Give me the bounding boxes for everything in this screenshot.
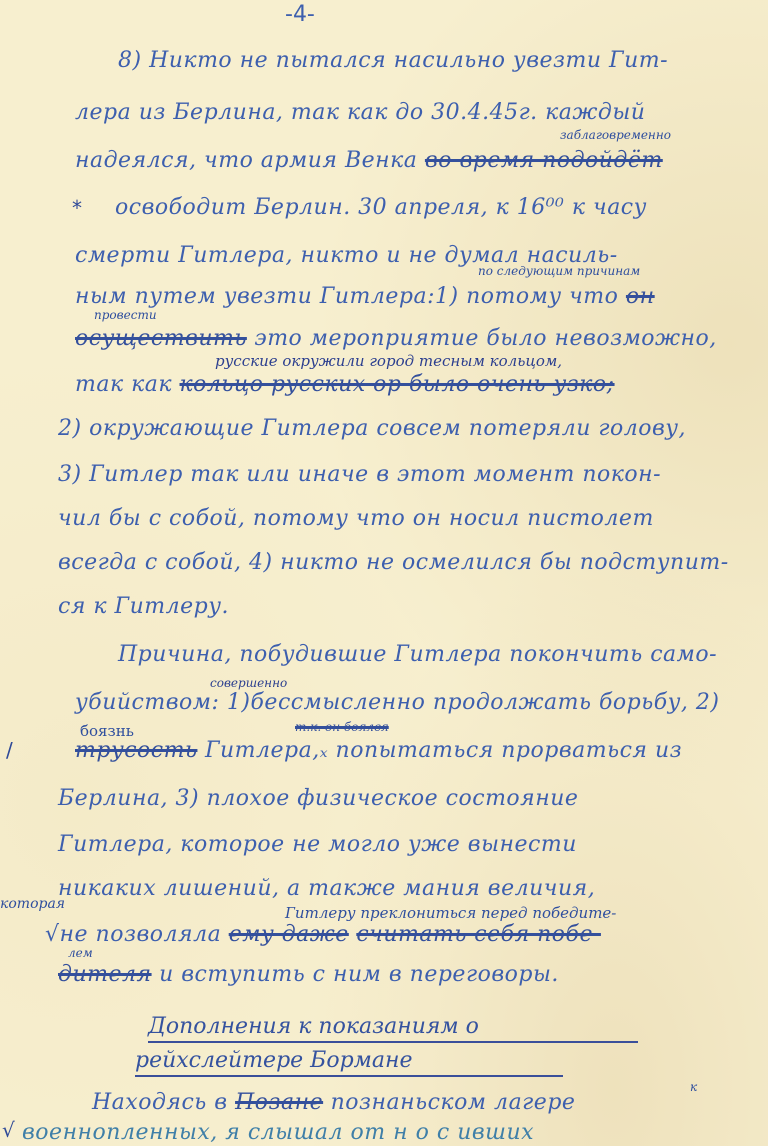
insertion-text: по следующим причинам [478, 264, 640, 278]
document-page: -4- 8) Никто не пытался насильно увезти … [0, 0, 768, 1146]
text-segment: :1) потому что [427, 284, 618, 309]
insertion-text: лем [68, 946, 93, 960]
text-segment: бессмысленно продолжать борьбу, 2) [251, 690, 720, 715]
text-line: 2) окружающие Гитлера совсем потеряли го… [58, 416, 686, 441]
text-line: военнопленных, я слышал от н о с ивших [22, 1120, 534, 1145]
insertion-text: совершенно [210, 676, 287, 690]
text-line: так как кольцо русских ор было очень узк… [75, 372, 615, 397]
struck-text: дителя [58, 962, 152, 987]
text-segment: не позволяла [60, 922, 222, 947]
struck-insertion: т.к. он боялся [295, 720, 389, 734]
text-line: лера из Берлина, так как до 30.4.45г. ка… [75, 100, 645, 125]
struck-text: он [626, 284, 655, 309]
struck-text: во время подойдёт [425, 148, 663, 173]
struck-text: считать себя побе- [356, 922, 601, 947]
text-line: чил бы с собой, потому что он носил пист… [58, 506, 654, 531]
section-heading-line-1: Дополнения к показаниям о [148, 1014, 638, 1043]
text-line: трусость Гитлера,ₓ попытаться прорваться… [75, 738, 682, 763]
text-line: убийством: 1)бессмысленно продолжать бор… [75, 690, 719, 715]
text-line: Гитлера, которое не могло уже вынести [58, 832, 577, 857]
text-line: освободит Берлин. 30 апреля, к 16⁰⁰ к ча… [115, 195, 647, 220]
page-number: -4- [285, 2, 315, 27]
asterisk-mark: * [72, 196, 82, 220]
text-line: Причина, побудившие Гитлера покончить са… [118, 642, 717, 667]
insertion-text: к [690, 1080, 697, 1094]
text-segment: надеялся, что армия Венка [75, 148, 425, 173]
text-line: ся к Гитлеру. [58, 594, 229, 619]
insertion-text: провести [94, 308, 157, 322]
struck-text: ему даже [229, 922, 349, 947]
text-line: √не позволяла ему даже считать себя побе… [45, 922, 601, 947]
struck-text: кольцо русских ор было очень узко; [180, 372, 615, 397]
margin-insertion: которая [0, 896, 65, 912]
insertion-text: заблаговременно [560, 128, 671, 142]
section-heading-line-2: рейхслейтере Бормане [135, 1048, 563, 1077]
text-segment: Находясь в [92, 1090, 235, 1115]
struck-text: осуществить [75, 326, 247, 351]
checkmark-icon: √ [2, 1118, 15, 1142]
text-line: всегда с собой, 4) никто не осмелился бы… [58, 550, 729, 575]
insertion-text: Гитлеру преклониться перед победите- [285, 904, 616, 922]
text-line: никаких лишений, а также мания величия, [58, 876, 595, 901]
text-segment: ным путем увезти Гитлера [75, 284, 427, 309]
text-line: надеялся, что армия Венка во время подой… [75, 148, 663, 173]
text-line: ным путем увезти Гитлера:1) потому что о… [75, 284, 655, 309]
margin-mark: / [6, 738, 13, 762]
insertion-text: русские окружили город тесным кольцом, [215, 352, 562, 370]
struck-text: Позане [235, 1090, 323, 1115]
text-segment: убийством: 1) [75, 690, 251, 715]
text-line: Находясь в Позане познаньском лагере [92, 1090, 575, 1115]
text-segment: и вступить с ним в переговоры. [159, 962, 559, 987]
text-line: 8) Никто не пытался насильно увезти Гит- [118, 48, 668, 73]
text-line: дителя и вступить с ним в переговоры. [58, 962, 559, 987]
text-segment: лагере [487, 1090, 576, 1115]
text-line: осуществить это мероприятие было невозмо… [75, 326, 717, 351]
text-segment: это мероприятие было невозможно, [254, 326, 716, 351]
text-segment: Гитлера,ₓ попытаться прорваться из [205, 738, 682, 763]
struck-text: трусость [75, 738, 197, 763]
text-line: Берлина, 3) плохое физическое состояние [58, 786, 578, 811]
text-line: 3) Гитлер так или иначе в этот момент по… [58, 462, 661, 487]
text-segment: так как [75, 372, 172, 397]
text-segment: познаньском [323, 1090, 486, 1115]
